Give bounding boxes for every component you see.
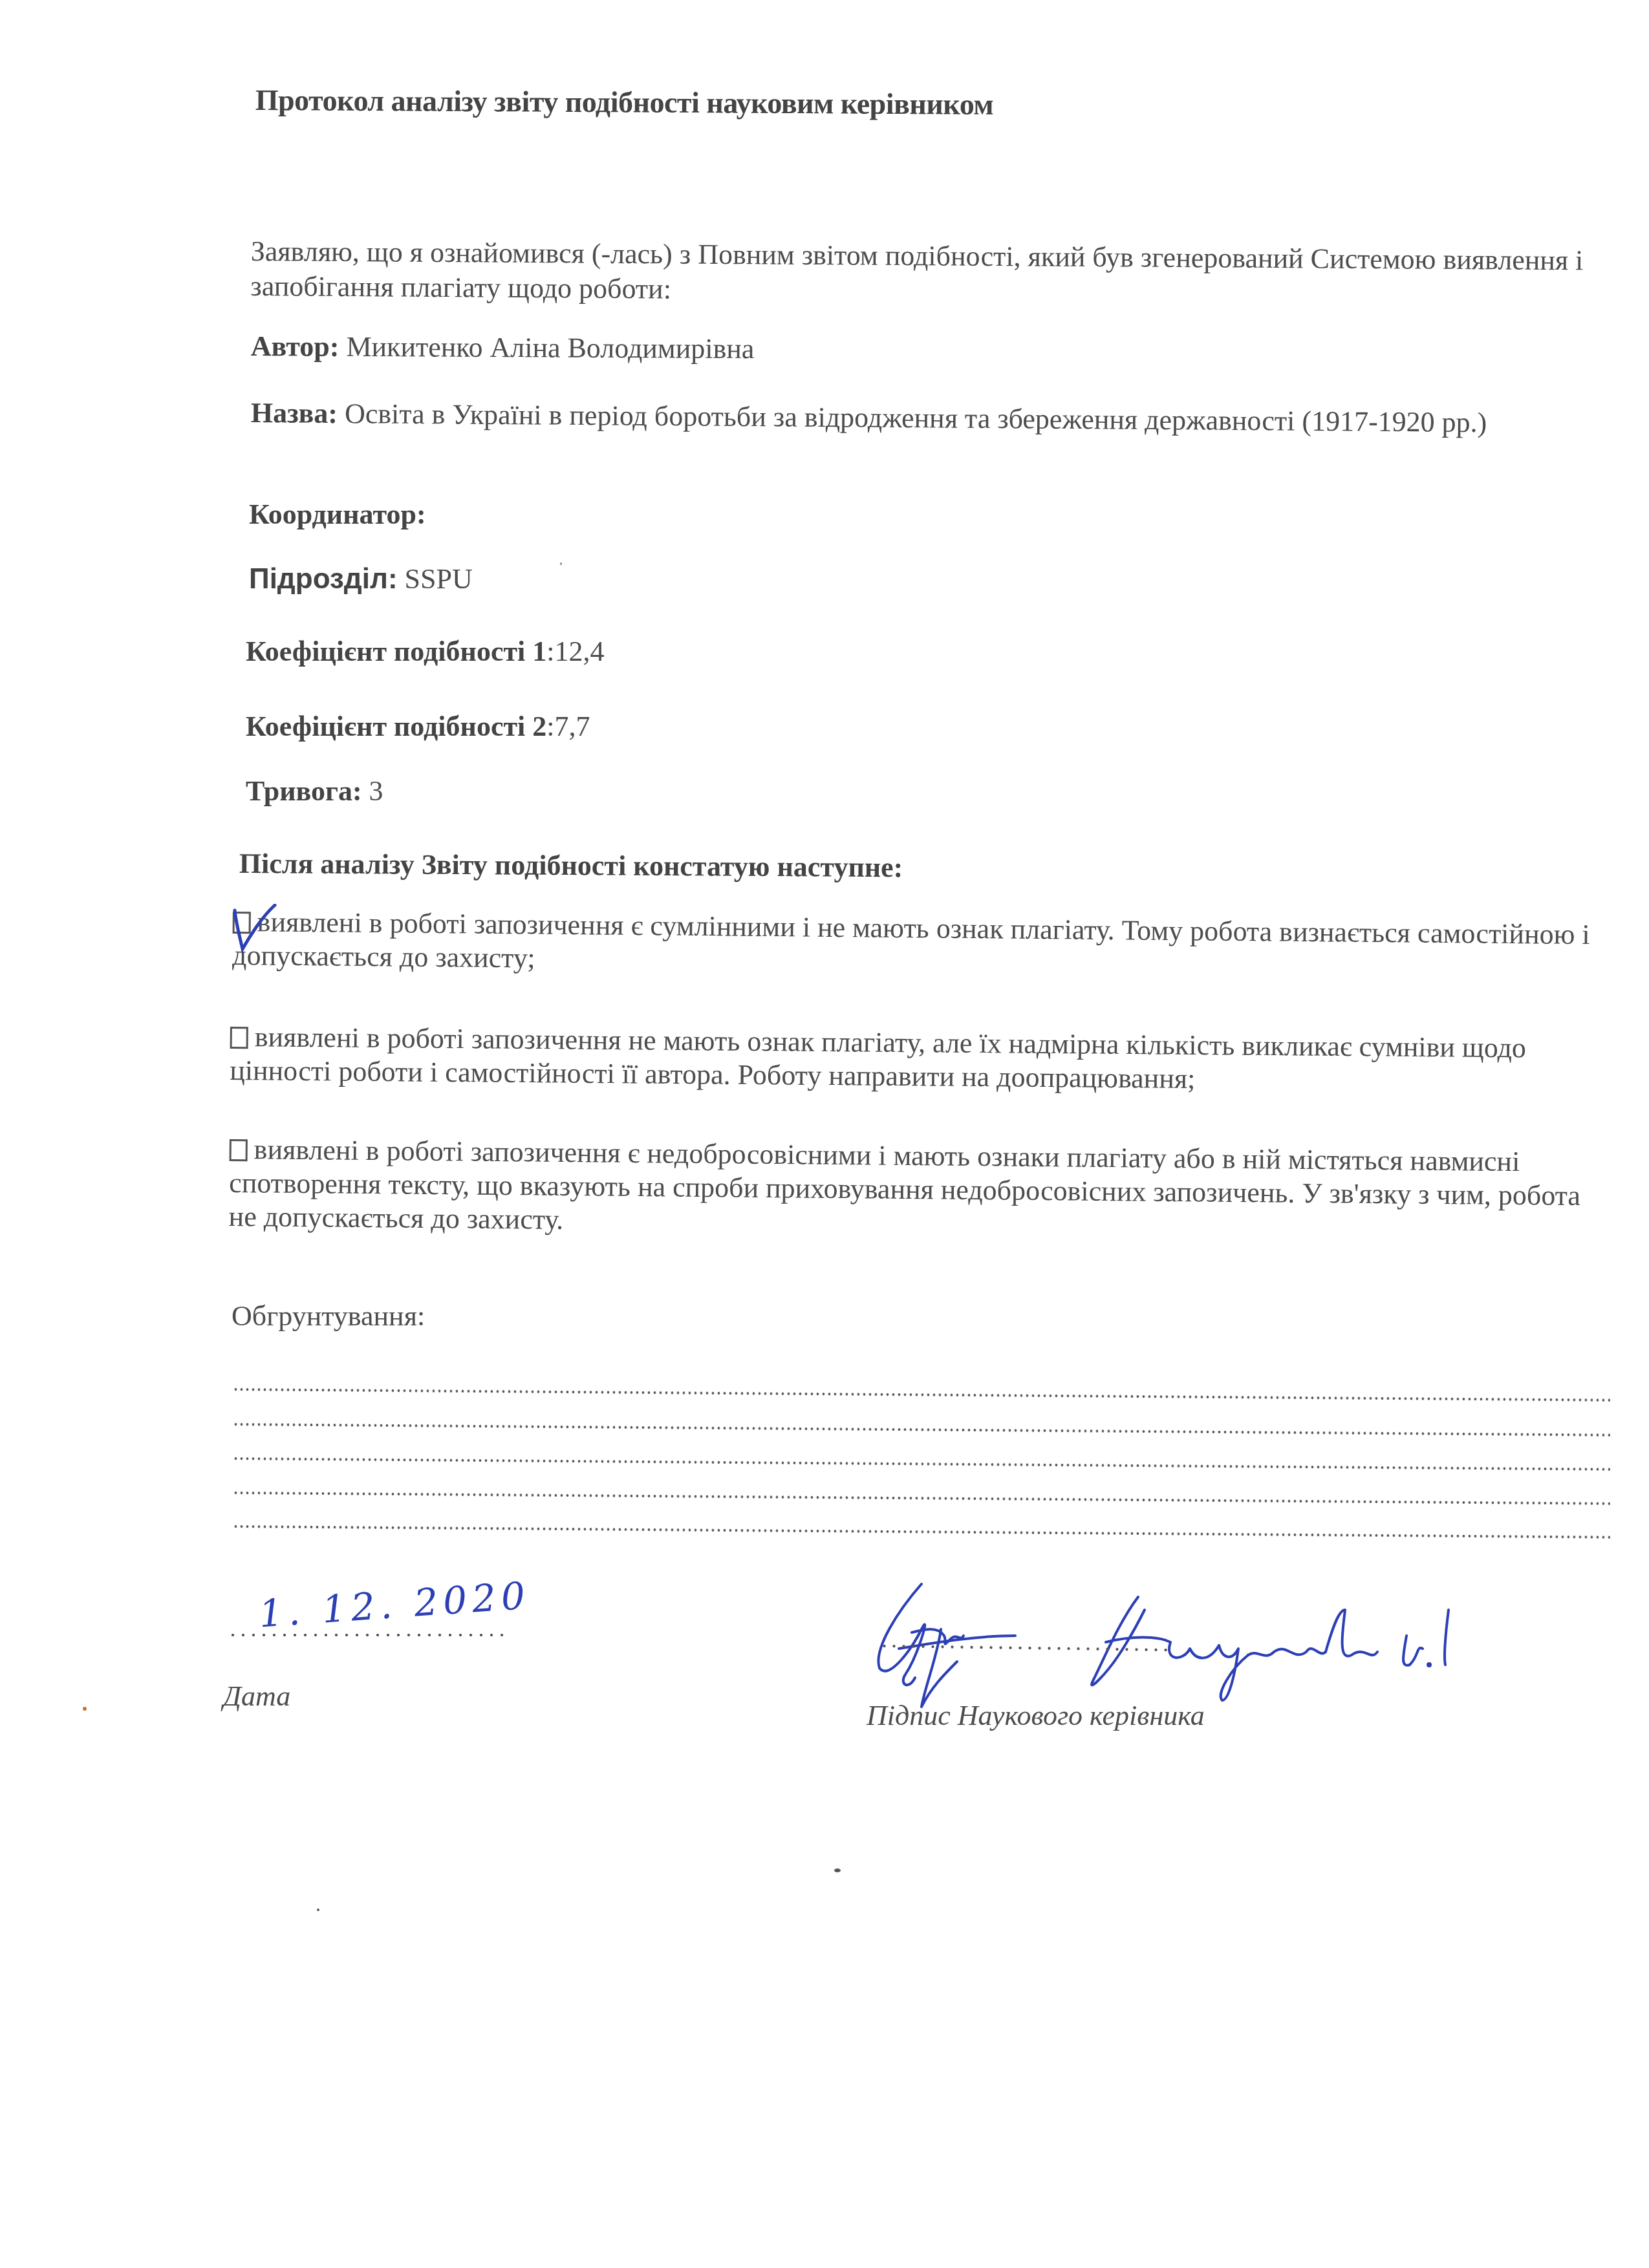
checkbox-option-3[interactable]	[230, 1139, 248, 1161]
justification-line-3[interactable]	[233, 1457, 1610, 1471]
alarm-label: Тривога:	[246, 775, 362, 807]
work-title-field: Назва: Освіта в Україні в період боротьб…	[251, 396, 1596, 441]
similarity-1-label: Коефіцієнт подібності 1	[246, 636, 546, 667]
option-2-text: виявлені в роботі запозичення не мають о…	[230, 1021, 1526, 1095]
document-title: Протокол аналізу звіту подібності науков…	[255, 83, 994, 122]
similarity-coefficient-1: Коефіцієнт подібності 1:12,4	[246, 635, 605, 668]
option-revision[interactable]: виявлені в роботі запозичення не мають о…	[230, 1020, 1588, 1099]
department-label: Підрозділ:	[249, 563, 398, 595]
scan-speck	[560, 562, 562, 565]
supervisor-signature-icon	[860, 1571, 1584, 1713]
scan-speck	[834, 1868, 841, 1872]
justification-line-2[interactable]	[233, 1422, 1610, 1437]
alarm-field: Тривога: 3	[246, 775, 383, 808]
signature-label: Підпис Наукового керівника	[867, 1699, 1205, 1732]
date-line[interactable]	[228, 1633, 509, 1637]
scan-speck	[83, 1707, 87, 1711]
option-3-text: виявлені в роботі запозичення є недоброс…	[229, 1133, 1581, 1236]
option-acceptable[interactable]: виявлені в роботі запозичення є сумлінни…	[232, 905, 1604, 985]
option-1-text: виявлені в роботі запозичення є сумлінни…	[232, 906, 1590, 974]
option-rejected[interactable]: виявлені в роботі запозичення є недоброс…	[229, 1133, 1588, 1246]
department-value: SSPU	[405, 563, 473, 595]
conclusion-heading: Після аналізу Звіту подібності констатую…	[239, 847, 903, 884]
justification-line-5[interactable]	[233, 1524, 1610, 1539]
similarity-1-value: :12,4	[546, 636, 604, 667]
alarm-value: 3	[369, 775, 383, 807]
coordinator-label: Координатор:	[249, 498, 426, 530]
similarity-2-label: Коефіцієнт подібності 2	[246, 711, 546, 742]
work-title-value: Освіта в Україні в період боротьби за ві…	[345, 398, 1487, 438]
department-field: Підрозділ: SSPU	[249, 562, 473, 595]
handwritten-check-icon	[230, 904, 281, 956]
justification-line-1[interactable]	[233, 1387, 1610, 1402]
coordinator-field: Координатор:	[249, 498, 426, 531]
protocol-page: Протокол аналізу звіту подібності науков…	[0, 0, 1649, 2268]
scan-speck	[317, 1909, 319, 1911]
author-label: Автор:	[251, 330, 339, 363]
intro-statement: Заявляю, що я ознайомився (-лась) з Повн…	[250, 234, 1596, 314]
work-title-label: Назва:	[251, 397, 338, 429]
similarity-coefficient-2: Коефіцієнт подібності 2:7,7	[246, 710, 590, 743]
checkbox-option-2[interactable]	[230, 1027, 248, 1049]
author-value: Микитенко Аліна Володимирівна	[346, 331, 754, 365]
similarity-2-value: :7,7	[546, 711, 590, 742]
date-label: Дата	[223, 1680, 290, 1713]
justification-label: Обгрунтування:	[232, 1300, 425, 1332]
handwritten-date: 1. 12. 2020	[257, 1573, 532, 1636]
author-field: Автор: Микитенко Аліна Володимирівна	[251, 330, 755, 365]
justification-line-4[interactable]	[233, 1491, 1610, 1506]
